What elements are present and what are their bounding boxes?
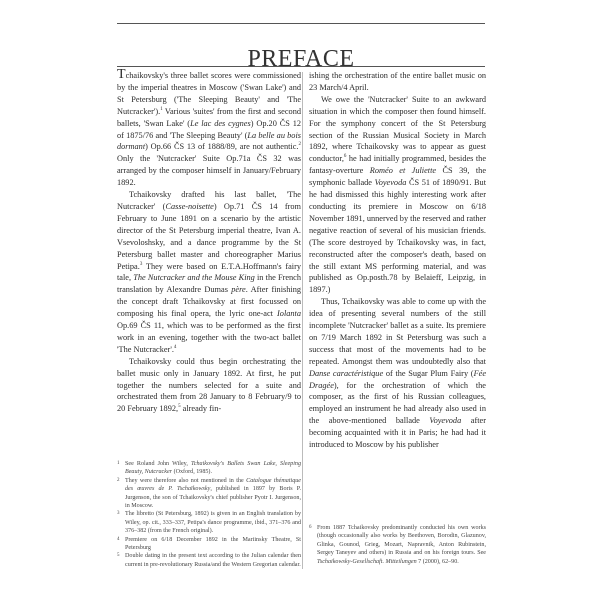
drop-cap: T [117, 67, 126, 82]
paragraph-3: Tchaikovsky could thus begin orchestrati… [117, 356, 301, 416]
footnote: 4Premiere on 6/18 December 1892 in the M… [117, 536, 301, 553]
paragraph-2: Tchaikovsky drafted his last ballet, 'Th… [117, 189, 301, 356]
footnotes-left: 1See Roland John Wiley, Tchaikovsky's Ba… [117, 460, 301, 569]
footnote-ref: 4 [174, 345, 177, 350]
footnote-ref: 2 [299, 143, 302, 148]
column-separator [302, 72, 303, 569]
footnote: 6From 1887 Tchaikovsky predominantly con… [309, 524, 486, 566]
footnotes-right: 6From 1887 Tchaikovsky predominantly con… [309, 524, 486, 566]
paragraph-4: We owe the 'Nutcracker' Suite to an awkw… [309, 94, 486, 296]
footnote: 5Double dating in the present text accor… [117, 552, 301, 569]
top-rule [117, 23, 485, 24]
paragraph-5: Thus, Tchaikovsky was able to come up wi… [309, 296, 486, 451]
footnote: 2They were therefore also not mentioned … [117, 477, 301, 511]
right-text-column: ishing the orchestration of the entire b… [309, 70, 486, 451]
footnote: 1See Roland John Wiley, Tchaikovsky's Ba… [117, 460, 301, 477]
paragraph-continued: ishing the orchestration of the entire b… [309, 70, 486, 94]
left-text-column: Tchaikovsky's three ballet scores were c… [117, 70, 301, 415]
paragraph-1: Tchaikovsky's three ballet scores were c… [117, 70, 301, 189]
footnote: 3The libretto (St Petersburg, 1892) is g… [117, 510, 301, 535]
title-underline-rule [117, 66, 485, 67]
